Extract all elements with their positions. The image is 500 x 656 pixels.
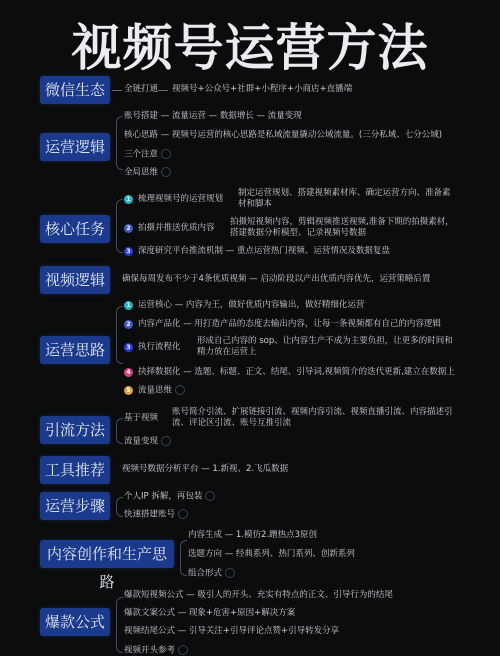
node-core: 运营核心 — 内容为王，做好优质内容输出，做好精细化运营 bbox=[138, 300, 364, 311]
category-tools[interactable]: 工具推荐 bbox=[40, 456, 110, 484]
number-1-icon: 1 bbox=[124, 195, 133, 204]
node-detail: 选题、标题、正文、结尾、引导词,视频简介的迭代更新,建立在数据上 bbox=[194, 367, 454, 377]
node-process-detail: 形成自己内容的 sop、让内容生产不成为主要负担，让更多的时间和精力放在运营上 bbox=[197, 336, 459, 358]
node-label: 视频开头参考 bbox=[124, 646, 175, 656]
node-plan: 梳理视频号的运营规划 bbox=[138, 194, 223, 205]
node-detail: 现象+危害+原因+解决方案 bbox=[189, 608, 295, 618]
expand-icon[interactable] bbox=[178, 509, 188, 519]
node-label: 组合形式 bbox=[188, 569, 222, 579]
node-shoot: 拍摄并推送优质内容 bbox=[138, 223, 215, 234]
node-copy-formula: 爆款文案公式 — 现象+危害+原因+解决方案 bbox=[124, 608, 295, 619]
node-research: 深度研究平台推流机制 — 重点运营热门视频、运营情况及数据复盘 bbox=[138, 246, 390, 257]
number-3-icon: 3 bbox=[124, 343, 133, 352]
category-traffic-methods[interactable]: 引流方法 bbox=[40, 416, 110, 444]
node-full-link: 全链打通 bbox=[124, 84, 158, 95]
node-ecosystem-channels: 视频号+公众号+社群+小程序+小商店+直播端 bbox=[172, 84, 352, 95]
node-traffic-thinking[interactable]: 流量思维 bbox=[138, 385, 185, 397]
branch-bracket bbox=[180, 540, 187, 576]
category-core-tasks[interactable]: 核心任务 bbox=[40, 215, 110, 243]
connector bbox=[158, 90, 168, 91]
node-account-setup: 账号搭建 — 流量运营 — 数据增长 — 流量变现 bbox=[124, 111, 302, 122]
expand-icon[interactable] bbox=[161, 436, 171, 446]
expand-icon[interactable] bbox=[205, 491, 215, 501]
node-data-driven: 抉择数据化 — 选题、标题、正文、结尾、引导词,视频简介的迭代更新,建立在数据上 bbox=[138, 367, 455, 378]
expand-icon[interactable] bbox=[161, 149, 171, 159]
node-topic-direction: 选题方向 — 经典系列、热门系列、创新系列 bbox=[188, 549, 355, 560]
node-detail: 1.新视、2.飞瓜数据 bbox=[212, 464, 288, 474]
chain-item: 流量运营 bbox=[172, 111, 206, 121]
node-label: 内容产品化 bbox=[138, 319, 181, 329]
node-tools: 视频号数据分析平台 — 1.新视、2.飞瓜数据 bbox=[122, 464, 288, 475]
node-detail: 视频号运营的核心思路是私域流量撬动公域流量。(三分私域、七分公域) bbox=[172, 130, 442, 140]
node-quick-setup[interactable]: 快速搭建账号 bbox=[124, 509, 188, 521]
node-label: 深度研究平台推流机制 bbox=[138, 246, 223, 256]
node-three-notes[interactable]: 三个注意 bbox=[124, 149, 171, 161]
node-video-based-detail: 账号简介引流、扩展链接引流、视频内容引流、视频直播引流、内容描述引流、评论区引流… bbox=[172, 407, 462, 429]
expand-icon[interactable] bbox=[178, 645, 188, 655]
node-label: 快速搭建账号 bbox=[124, 510, 175, 520]
node-detail: 内容为王，做好优质内容输出，做好精细化运营 bbox=[186, 300, 365, 310]
node-label: 视频号数据分析平台 bbox=[122, 464, 199, 474]
branch-bracket bbox=[116, 306, 123, 364]
node-label: 选题方向 bbox=[188, 549, 222, 559]
node-label: 内容生成 bbox=[188, 530, 222, 540]
number-1-icon: 1 bbox=[124, 301, 133, 310]
node-label: 爆款文案公式 bbox=[124, 608, 175, 618]
page-title: 视频号运营方法 bbox=[0, 16, 500, 80]
number-4-icon: 4 bbox=[124, 368, 133, 377]
expand-icon[interactable] bbox=[225, 568, 235, 578]
branch-bracket bbox=[116, 418, 123, 444]
node-detail: 引导关注+引导评论点赞+引导转发分享 bbox=[189, 626, 339, 636]
node-detail: 1.模仿2.蹭热点3原创 bbox=[236, 530, 317, 540]
node-label: 三个注意 bbox=[124, 150, 158, 160]
category-weixin-ecosystem[interactable]: 微信生态 bbox=[40, 76, 110, 104]
node-label: 账号搭建 bbox=[124, 111, 158, 121]
expand-icon[interactable] bbox=[175, 385, 185, 395]
category-operation-thinking[interactable]: 运营思路 bbox=[40, 336, 110, 364]
node-label: 确保每周发布不少于4条优质视频 bbox=[122, 274, 246, 284]
node-global-thinking[interactable]: 全局思维 bbox=[124, 167, 171, 179]
number-2-icon: 2 bbox=[124, 320, 133, 329]
node-label: 核心思路 bbox=[124, 130, 158, 140]
node-video-logic: 确保每周发布不少于4条优质视频 — 启动阶段以产出优质内容优先，运营策略后置 bbox=[122, 274, 430, 285]
category-viral-formula[interactable]: 爆款公式 bbox=[40, 608, 110, 636]
node-label: 流量思维 bbox=[138, 386, 172, 396]
node-label: 流量变现 bbox=[124, 437, 158, 447]
node-viral-video-formula: 爆款短视频公式 — 吸引人的开头、充实有特点的正文、引导行为的结尾 bbox=[124, 590, 393, 601]
node-label: 抉择数据化 bbox=[138, 367, 181, 377]
node-detail: 重点运营热门视频、运营情况及数据复盘 bbox=[237, 246, 390, 256]
node-process: 执行流程化 bbox=[138, 342, 181, 353]
category-operation-steps[interactable]: 运营步骤 bbox=[40, 492, 110, 520]
category-content-creation[interactable]: 内容创作和生产思路 bbox=[40, 540, 174, 568]
branch-bracket bbox=[116, 116, 123, 170]
number-2-icon: 2 bbox=[124, 224, 133, 233]
node-shoot-detail: 拍摄短视频内容，剪辑视频推送视频,准备下期的拍摄素材，搭建数据分析模型、记录视频… bbox=[230, 217, 460, 239]
node-label: 运营核心 bbox=[138, 300, 172, 310]
category-video-logic[interactable]: 视频逻辑 bbox=[40, 266, 110, 294]
node-label: 爆款短视频公式 bbox=[124, 590, 184, 600]
node-detail: 经典系列、热门系列、创新系列 bbox=[236, 549, 355, 559]
node-detail: 用打造产品的态度去输出内容，让每一条视频都有自己的内容逻辑 bbox=[194, 319, 441, 329]
branch-bracket bbox=[116, 597, 123, 653]
chain-item: 数据增长 bbox=[220, 111, 254, 121]
branch-bracket bbox=[116, 497, 123, 517]
chain-item: 流量变现 bbox=[268, 111, 302, 121]
node-detail: 启动阶段以产出优质内容优先，运营策略后置 bbox=[260, 274, 430, 284]
node-video-based: 基于视频 bbox=[124, 413, 158, 424]
connector bbox=[112, 90, 122, 91]
number-3-icon: 3 bbox=[124, 247, 133, 256]
node-detail: 吸引人的开头、充实有特点的正文、引导行为的结尾 bbox=[197, 590, 393, 600]
branch-bracket bbox=[116, 199, 123, 253]
node-opening-reference[interactable]: 视频开头参考 bbox=[124, 645, 188, 656]
node-ip-repackage[interactable]: 个人IP 拆解，再包装 bbox=[124, 491, 215, 503]
node-content-gen: 内容生成 — 1.模仿2.蹭热点3原创 bbox=[188, 530, 317, 541]
node-label: 视频结尾公式 bbox=[124, 626, 175, 636]
number-5-icon: 5 bbox=[124, 386, 133, 395]
node-productize: 内容产品化 — 用打造产品的态度去输出内容，让每一条视频都有自己的内容逻辑 bbox=[138, 319, 441, 330]
category-operation-logic[interactable]: 运营逻辑 bbox=[40, 133, 110, 161]
node-plan-detail: 制定运营规划、搭建视频素材库、确定运营方向、准备素材和脚本 bbox=[238, 188, 458, 210]
node-core-idea: 核心思路 — 视频号运营的核心思路是私域流量撬动公域流量。(三分私域、七分公域) bbox=[124, 130, 442, 141]
node-ending-formula: 视频结尾公式 — 引导关注+引导评论点赞+引导转发分享 bbox=[124, 626, 339, 637]
expand-icon[interactable] bbox=[161, 167, 171, 177]
node-label: 个人IP 拆解，再包装 bbox=[124, 492, 202, 502]
node-monetize[interactable]: 流量变现 bbox=[124, 436, 171, 448]
node-label: 全局思维 bbox=[124, 168, 158, 178]
node-combination[interactable]: 组合形式 bbox=[188, 568, 235, 580]
